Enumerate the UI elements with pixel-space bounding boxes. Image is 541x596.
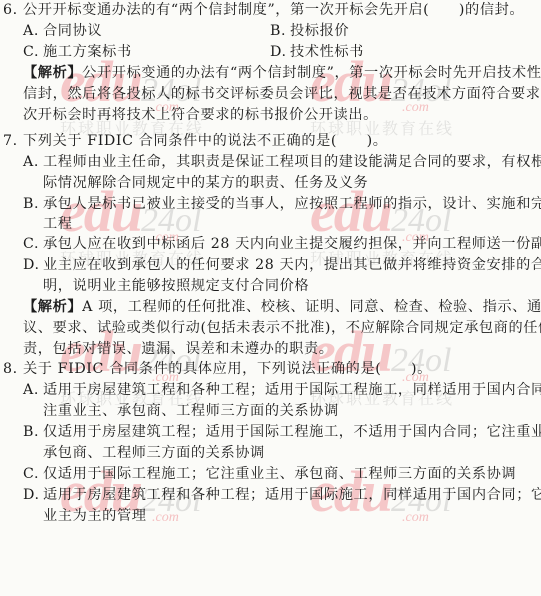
analysis-label: 【解析】 xyxy=(23,65,82,81)
option-c: C.承包人应在收到中标函后 28 天内向业主提交履约担保，并向工程师送一份副本 xyxy=(23,234,541,254)
option-b: B.承包人是标书已被业主接受的当事人，应按照工程师的指示，设计、实施和完成 xyxy=(23,194,541,214)
question-stem: 8.关于 FIDIC 合同条件的具体应用，下列说法正确的是( )。 xyxy=(3,359,432,379)
analysis-label: 【解析】 xyxy=(23,299,82,315)
option-b: B.仅适用于房屋建筑工程；适用于国际工程施工，不适用于国内合同；它注重业主、 xyxy=(23,422,541,442)
analysis-line: 议、要求、试验或类似行动(包括未表示不批准)，不应解除合同规定承包商的任何职 xyxy=(23,318,541,338)
option-b-cont: 工程 xyxy=(43,214,73,234)
option-d-cont: 业主为主的管理 xyxy=(43,506,147,526)
question-number: 8. xyxy=(3,359,23,379)
analysis-line: 责，包括对错误、遗漏、误差和未遵办的职责。 xyxy=(23,339,334,359)
question-stem: 6.公开开标变通办法的有“两个信封制度”，第一次开标会先开启( )的信封。 xyxy=(3,0,524,20)
option-c: C.仅适用于国际工程施工；它注重业主、承包商、工程师三方面的关系协调 xyxy=(23,464,516,484)
option-a-cont: 注重业主、承包商、工程师三方面的关系协调 xyxy=(43,401,339,421)
analysis: 【解析】公开开标变通的办法有“两个信封制度”，第一次开标会时先开启技术性标书的 xyxy=(23,63,541,83)
question-number: 6. xyxy=(3,0,23,20)
option-a-cont: 际情况解除合同规定中的某方的职责、任务及义务 xyxy=(43,173,368,193)
option-a: A.适用于房屋建筑工程和各种工程；适用于国际工程施工，同样适用于国内合同；它 xyxy=(23,380,541,400)
exam-page: edu24ol .com 环球职业教育在线 edu24ol .com 环球职业教… xyxy=(0,0,541,596)
question-stem: 7.下列关于 FIDIC 合同条件中的说法不正确的是( )。 xyxy=(3,131,388,151)
option-d: D.技术性标书 xyxy=(270,42,364,62)
option-d-cont: 明，说明业主能够按照规定支付合同价格 xyxy=(43,276,309,296)
option-c: C.施工方案标书 xyxy=(23,42,132,62)
option-d: D.业主应在收到承包人的任何要求 28 天内，提出其已做并将维持资金安排的合理证 xyxy=(23,255,541,275)
option-d: D.适用于房屋建筑工程和各种工程；适用于国际施工，同样适用于国内合同；它强调 xyxy=(23,485,541,505)
analysis-line: 信封，然后将各投标人的标书交评标委员会评比，视其是否在技术方面符合要求；第二 xyxy=(23,84,541,104)
option-b-cont: 承包商、工程师三方面的关系协调 xyxy=(43,443,265,463)
analysis-line: 次开标会时再将技术上符合要求的标书报价公开读出。 xyxy=(23,105,378,125)
option-a: A.合同协议 xyxy=(23,21,102,41)
option-a: A.工程师由业主任命，其职责是保证工程项目的建设能满足合同的要求，有权根据实 xyxy=(23,152,541,172)
option-b: B.投标报价 xyxy=(270,21,349,41)
analysis: 【解析】A 项，工程师的任何批准、校核、证明、同意、检查、检验、指示、通知、建 xyxy=(23,297,541,317)
question-number: 7. xyxy=(3,131,23,151)
